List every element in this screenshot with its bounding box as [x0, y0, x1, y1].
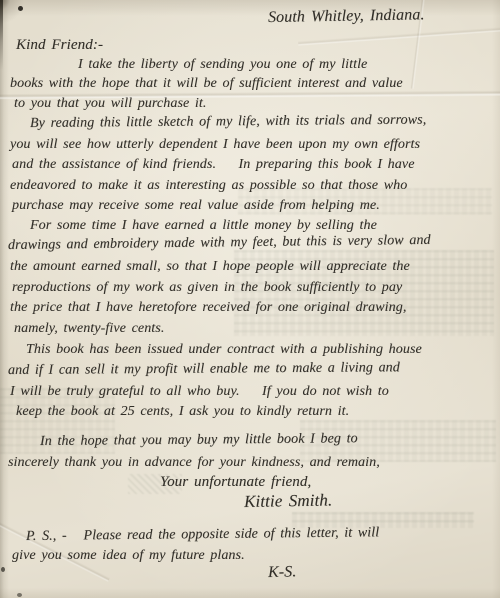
letter-closing: Your unfortunate friend, — [160, 474, 311, 491]
letter-initials: K-S. — [268, 563, 297, 582]
letter-body-line: namely, twenty-five cents. — [14, 321, 164, 337]
letter-body-line: and the assistance of kind friends. In p… — [12, 157, 415, 173]
letter-body-line: keep the book at 25 cents, I ask you to … — [16, 404, 349, 420]
letter-body-line: you will see how utterly dependent I hav… — [10, 137, 420, 153]
letter-body-line: books with the hope that it will be of s… — [10, 76, 403, 92]
letter-body-line: sincerely thank you in advance for your … — [8, 455, 380, 471]
letter-signature: Kittie Smith. — [244, 490, 333, 512]
letter-dateline: South Whitley, Indiana. — [268, 6, 425, 27]
letter-body-line: and if I can sell it my profit will enab… — [8, 360, 400, 379]
letter-body-line: For some time I have earned a little mon… — [30, 218, 377, 234]
letter-postscript-line: P. S., - Please read the opposite side o… — [26, 525, 379, 545]
letter-body-line: I take the liberty of sending you one of… — [78, 57, 367, 73]
letter-postscript-line: give you some idea of my future plans. — [12, 548, 245, 564]
ink-spot — [1, 567, 5, 572]
letter-body-line: drawings and embroidery made with my fee… — [8, 233, 431, 254]
letter-body-line: to you that you will purchase it. — [14, 96, 207, 112]
letter-body-line: This book has been issued under contract… — [26, 342, 422, 358]
paper-crease — [298, 27, 500, 46]
letter-body-line: reproductions of my work as given in the… — [12, 280, 402, 296]
letter-body-line: I will be truly grateful to all who buy.… — [10, 384, 389, 400]
letter-body-line: endeavored to make it as interesting as … — [10, 178, 407, 194]
letter-body-line: By reading this little sketch of my life… — [30, 113, 426, 132]
ink-spot — [18, 6, 23, 11]
letter-body-line: In the hope that you may buy my little b… — [40, 431, 358, 450]
scan-edge-shadow — [0, 0, 3, 70]
letter-body-line: the price that I have heretofore receive… — [10, 300, 406, 316]
letter-page: South Whitley, Indiana. Kind Friend:- I … — [0, 0, 500, 598]
letter-scan: South Whitley, Indiana. Kind Friend:- I … — [0, 0, 500, 598]
letter-body-line: the amount earned small, so that I hope … — [10, 259, 410, 275]
letter-body-line: purchase may receive some real value asi… — [12, 198, 380, 214]
ink-spot — [17, 593, 22, 597]
letter-salutation: Kind Friend:- — [16, 37, 103, 54]
